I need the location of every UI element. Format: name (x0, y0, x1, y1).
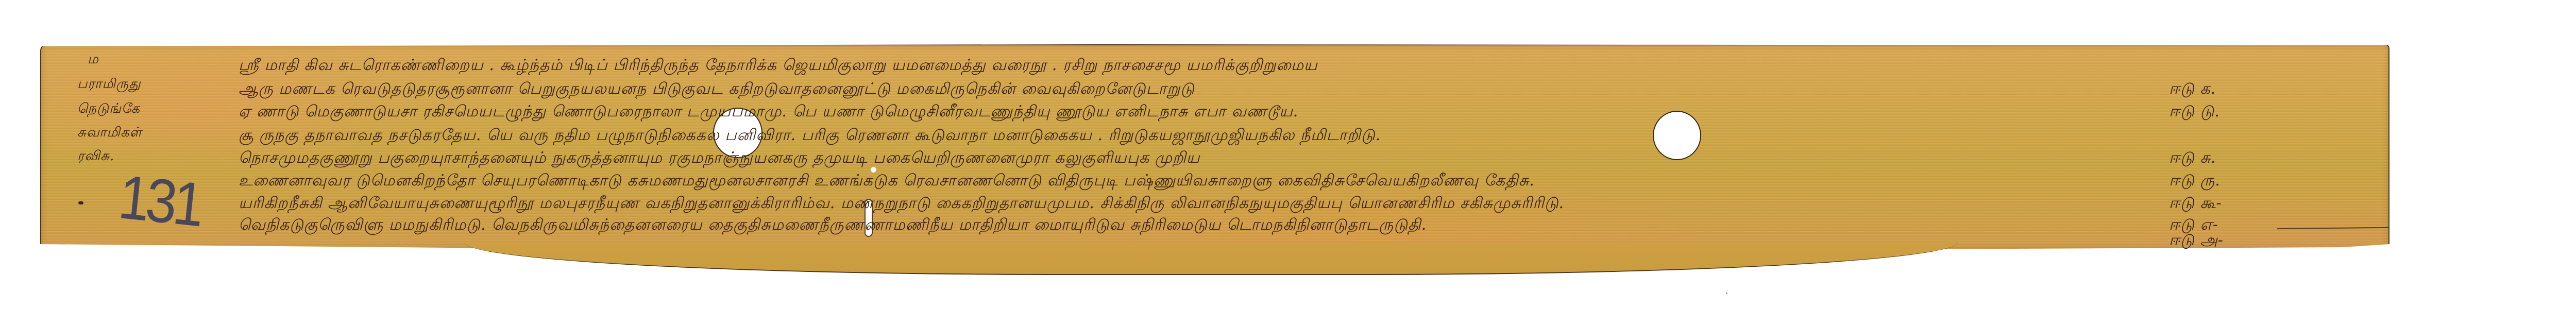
commentary-marker: ஈடு டு. (2169, 103, 2220, 121)
left-margin-line: ம (88, 51, 99, 67)
manuscript-line: நொசமுமதகுணூறு பகுறையுாசாந்தனையும் நுகருத… (239, 149, 1200, 168)
manuscript-line: உணைனாவுவர டுமெனகிறந்தோ செயுபரணொடிகாடு கச… (239, 172, 1535, 191)
string-hole-right (1654, 112, 1700, 159)
left-margin-line: ரவிசு. (77, 148, 114, 164)
manuscript-line: சூ ருநகு தநாவாவத நசடுகரதேய. யெ வரு நதிம … (239, 127, 1381, 145)
manuscript-line: வெநிகடுகுருெவிளு மமநுகிரிமடு. வெநகிருவமி… (239, 216, 1427, 235)
left-margin-line: பராமிருது (77, 76, 141, 92)
commentary-marker: ஈடு கூ- (2169, 195, 2222, 212)
manuscript-line: யரிகிறநீசுகி ஆனிவேயாயுசுணையுழூரிநூ மலபுச… (239, 195, 1564, 213)
manuscript-line: ஏ ணாடு மெகுணாடுயசா ரகிசமெயடழுந்து ணொடுபர… (239, 103, 1298, 122)
left-margin-line: நெடுங்கே (77, 101, 140, 116)
left-margin-line: சுவாமிகள் (77, 125, 142, 140)
commentary-marker: ஈடு ரு. (2169, 172, 2221, 190)
commentary-marker: ஈடு சு. (2169, 149, 2216, 167)
manuscript-line: ஆரு மணடக ரெவடுதடுதரசூரூனானா பெறுகுநயலயனந… (239, 80, 1195, 99)
commentary-marker: ஈடு க. (2169, 80, 2216, 98)
folio-number: 131 (115, 163, 204, 238)
leaf-wavy-bottom-edge (464, 242, 1958, 275)
scan-speck (1726, 293, 1727, 294)
margin-mark (78, 201, 83, 204)
manuscript-line: ஸ்ரீ மாதி கிவ சுடரொகண்ணிறைய . கூழ்ந்தம் … (239, 57, 1318, 75)
commentary-marker: ஈடு அ- (2169, 232, 2224, 249)
